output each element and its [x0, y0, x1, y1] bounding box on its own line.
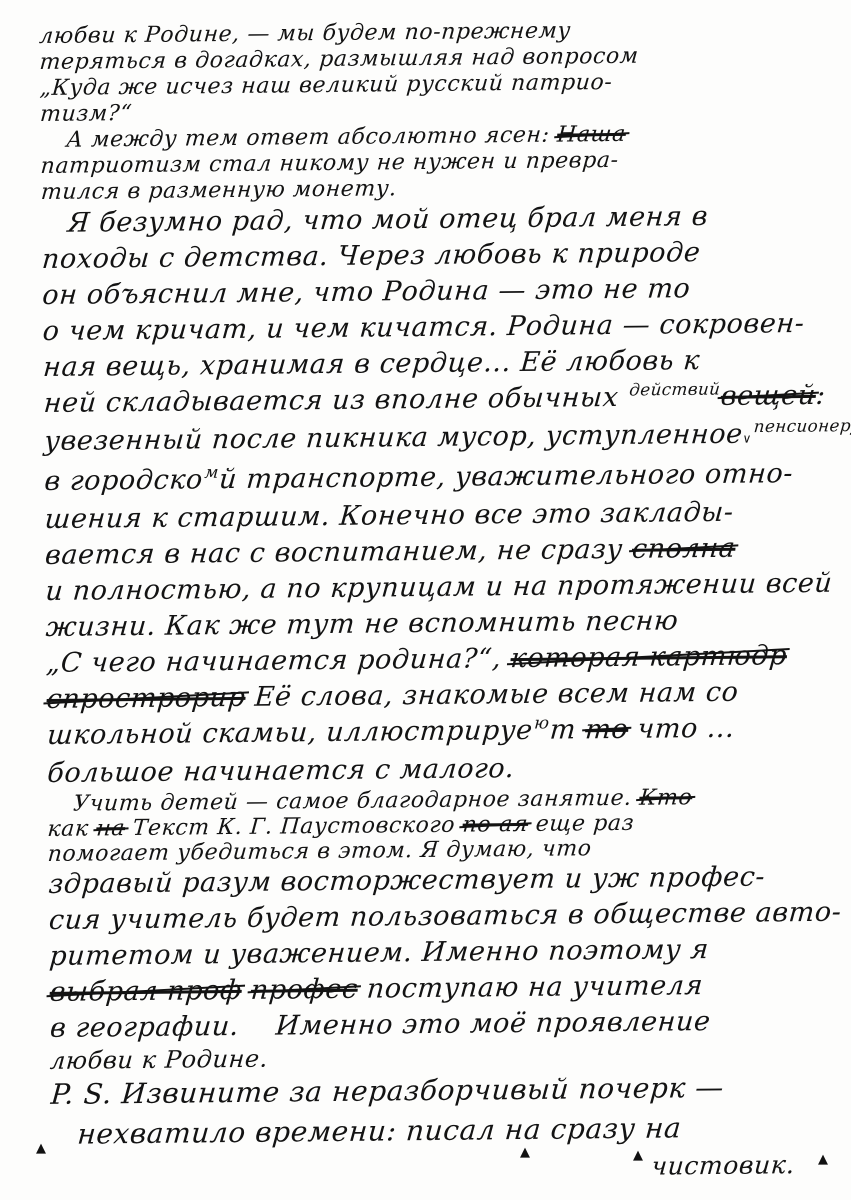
- handwriting-text: вается в нас с воспитанием, не сразу: [44, 534, 633, 571]
- struck-text: по-ая: [462, 812, 529, 838]
- struck-text: на: [95, 816, 126, 841]
- handwriting-text: любви к Родине.: [49, 1045, 269, 1075]
- struck-text: Кто: [638, 785, 693, 811]
- handwriting-text: походы с детства. Через любовь к природе: [41, 237, 702, 275]
- struck-text: профес: [250, 974, 359, 1006]
- handwriting-text: о чем кричат, и чем кичатся. Родина — со…: [42, 308, 806, 347]
- caret-mark-icon: ▲: [36, 1142, 46, 1155]
- struck-text: сполна: [631, 533, 737, 565]
- handwriting-text: тизм?“: [39, 101, 133, 127]
- handwriting-text: ней складывается из вполне обычных: [43, 382, 629, 419]
- handwriting-text: как: [47, 816, 98, 842]
- handwriting-text: P. S. Извините за неразборчивый почерк —: [50, 1071, 726, 1111]
- handwriting-text: он объяснил мне, что Родина — это не то: [41, 273, 691, 311]
- handwriting-text: в городско: [43, 464, 204, 497]
- handwriting-text: А между тем ответ абсолютно ясен:: [65, 123, 558, 153]
- inserted-text: действий: [628, 370, 722, 407]
- struck-text: выбрал проф: [49, 975, 243, 1008]
- caret-mark-icon: ▲: [520, 1146, 530, 1159]
- handwriting-text: Её слова, знакомые всем нам со: [244, 677, 739, 713]
- handwriting-text: и полностью, а по крупицам и на протяжен…: [44, 568, 833, 607]
- caret-icon: ∨: [742, 432, 753, 446]
- handwriting-text: Текст К. Г. Паустовского: [124, 813, 463, 842]
- handwriting-text: й транспорте, уважительного отно-: [218, 458, 794, 495]
- inserted-text: м: [203, 454, 220, 490]
- handwriting-text: нехватило времени: писал на сразу на: [76, 1111, 683, 1150]
- struck-text: то: [584, 714, 629, 745]
- handwriting-text: Я безумно рад, что мой отец брал меня в: [67, 201, 710, 239]
- handwriting-text: шения к старшим. Конечно все это заклады…: [44, 497, 735, 535]
- handwriting-text: т: [549, 714, 587, 745]
- handwritten-page: любви к Родине, — мы будем по-прежнемуте…: [0, 0, 851, 1200]
- handwriting-text: тился в разменную монету.: [40, 176, 398, 205]
- handwriting-text: ная вещь, хранимая в сердце... Её любовь…: [42, 345, 701, 383]
- handwriting-text: что ...: [627, 713, 736, 745]
- handwriting-text: увезенный после пикника мусор, уступленн…: [43, 419, 744, 457]
- inserted-text: пенсионеру: [753, 407, 851, 444]
- caret-mark-icon: ▲: [818, 1153, 828, 1166]
- inserted-text: ю: [533, 704, 551, 740]
- struck-text: которая картюдр: [509, 640, 788, 674]
- struck-text: Наша: [556, 122, 627, 148]
- handwriting-text: „С чего начинается родина?“,: [45, 643, 512, 679]
- caret-mark-icon: ▲: [633, 1149, 643, 1162]
- handwriting-text: сия учитель будет пользоваться в обществ…: [48, 897, 843, 936]
- handwriting-text: школьной скамьи, иллюстрируе: [46, 715, 534, 751]
- handwriting-text: еще раз: [527, 811, 635, 837]
- handwriting-text: жизни. Как же тут не вспомнить песню: [45, 605, 680, 643]
- handwriting-text: здравый разум восторжествует и уж профес…: [47, 861, 766, 900]
- essay-lines: любви к Родине, — мы будем по-прежнемуте…: [38, 16, 849, 1191]
- handwriting-text: ритетом и уважением. Именно поэтому я: [48, 934, 710, 972]
- handwriting-text: поступаю на учителя: [357, 970, 705, 1005]
- handwriting-text: чистовик.: [650, 1150, 796, 1181]
- handwriting-text: большое начинается с малого.: [46, 753, 515, 789]
- struck-text: спрострорир: [45, 682, 246, 715]
- handwriting-text: в географии. Именно это моё проявление: [49, 1006, 712, 1044]
- essay-line: чистовик.: [50, 1147, 851, 1191]
